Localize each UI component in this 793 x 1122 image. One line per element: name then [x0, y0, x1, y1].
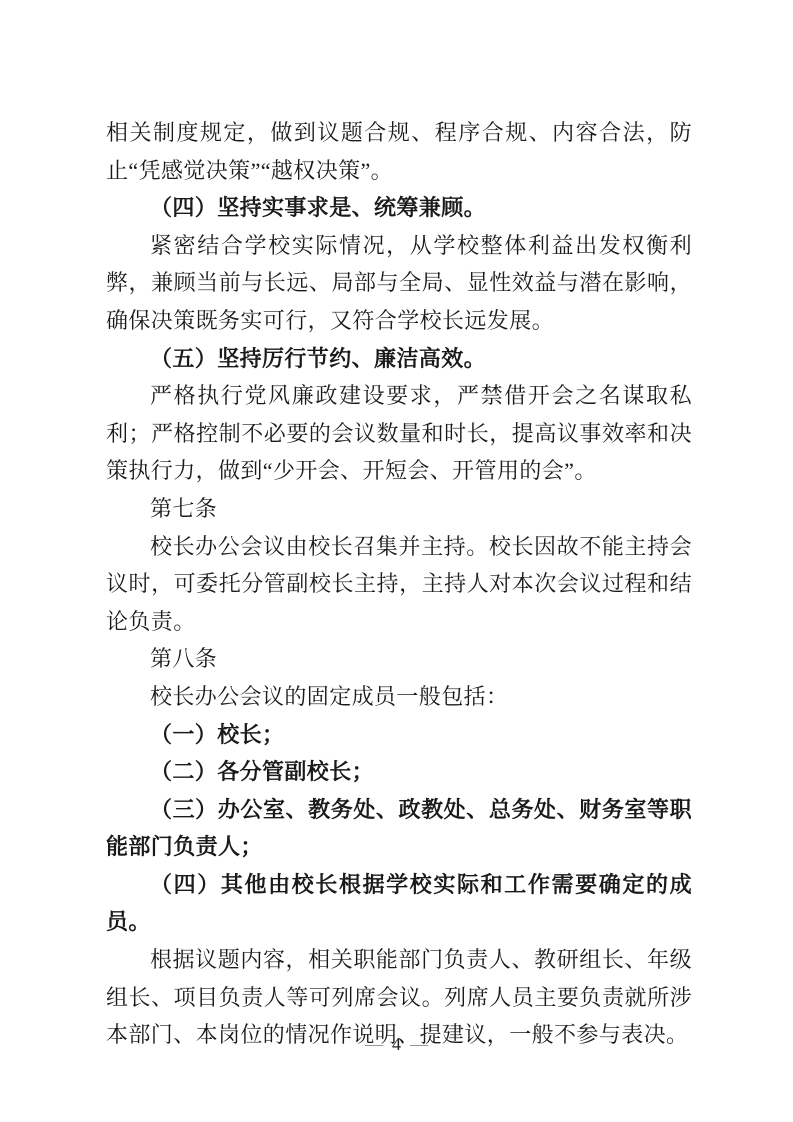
list-item-1: （一）校长；: [106, 716, 692, 754]
article-7-number: 第七条: [106, 490, 692, 528]
paragraph-continuation: 相关制度规定，做到议题合规、程序合规、内容合法，防止“凭感觉决策”“越权决策”。: [106, 114, 692, 189]
document-page: 相关制度规定，做到议题合规、程序合规、内容合法，防止“凭感觉决策”“越权决策”。…: [0, 0, 793, 1122]
list-item-3: （三）办公室、教务处、政教处、总务处、财务室等职能部门负责人；: [106, 791, 692, 866]
article-8-number: 第八条: [106, 640, 692, 678]
page-footer: —4—: [0, 1032, 793, 1056]
section-heading-4: （四）坚持实事求是、统筹兼顾。: [106, 189, 692, 227]
article-7-text: 校长办公会议由校长召集并主持。校长因故不能主持会议时，可委托分管副校长主持，主持…: [106, 528, 692, 641]
footer-left-dash: —: [356, 1034, 392, 1054]
page-number: 4: [392, 1034, 401, 1054]
article-8-intro: 校长办公会议的固定成员一般包括：: [106, 678, 692, 716]
paragraph: 紧密结合学校实际情况，从学校整体利益出发权衡利弊，兼顾当前与长远、局部与全局、显…: [106, 227, 692, 340]
footer-right-dash: —: [401, 1034, 437, 1054]
paragraph: 严格执行党风廉政建设要求，严禁借开会之名谋取私利；严格控制不必要的会议数量和时长…: [106, 377, 692, 490]
document-body: 相关制度规定，做到议题合规、程序合规、内容合法，防止“凭感觉决策”“越权决策”。…: [106, 114, 692, 1054]
list-item-4: （四）其他由校长根据学校实际和工作需要确定的成员。: [106, 866, 692, 941]
list-item-2: （二）各分管副校长；: [106, 753, 692, 791]
section-heading-5: （五）坚持厉行节约、廉洁高效。: [106, 340, 692, 378]
